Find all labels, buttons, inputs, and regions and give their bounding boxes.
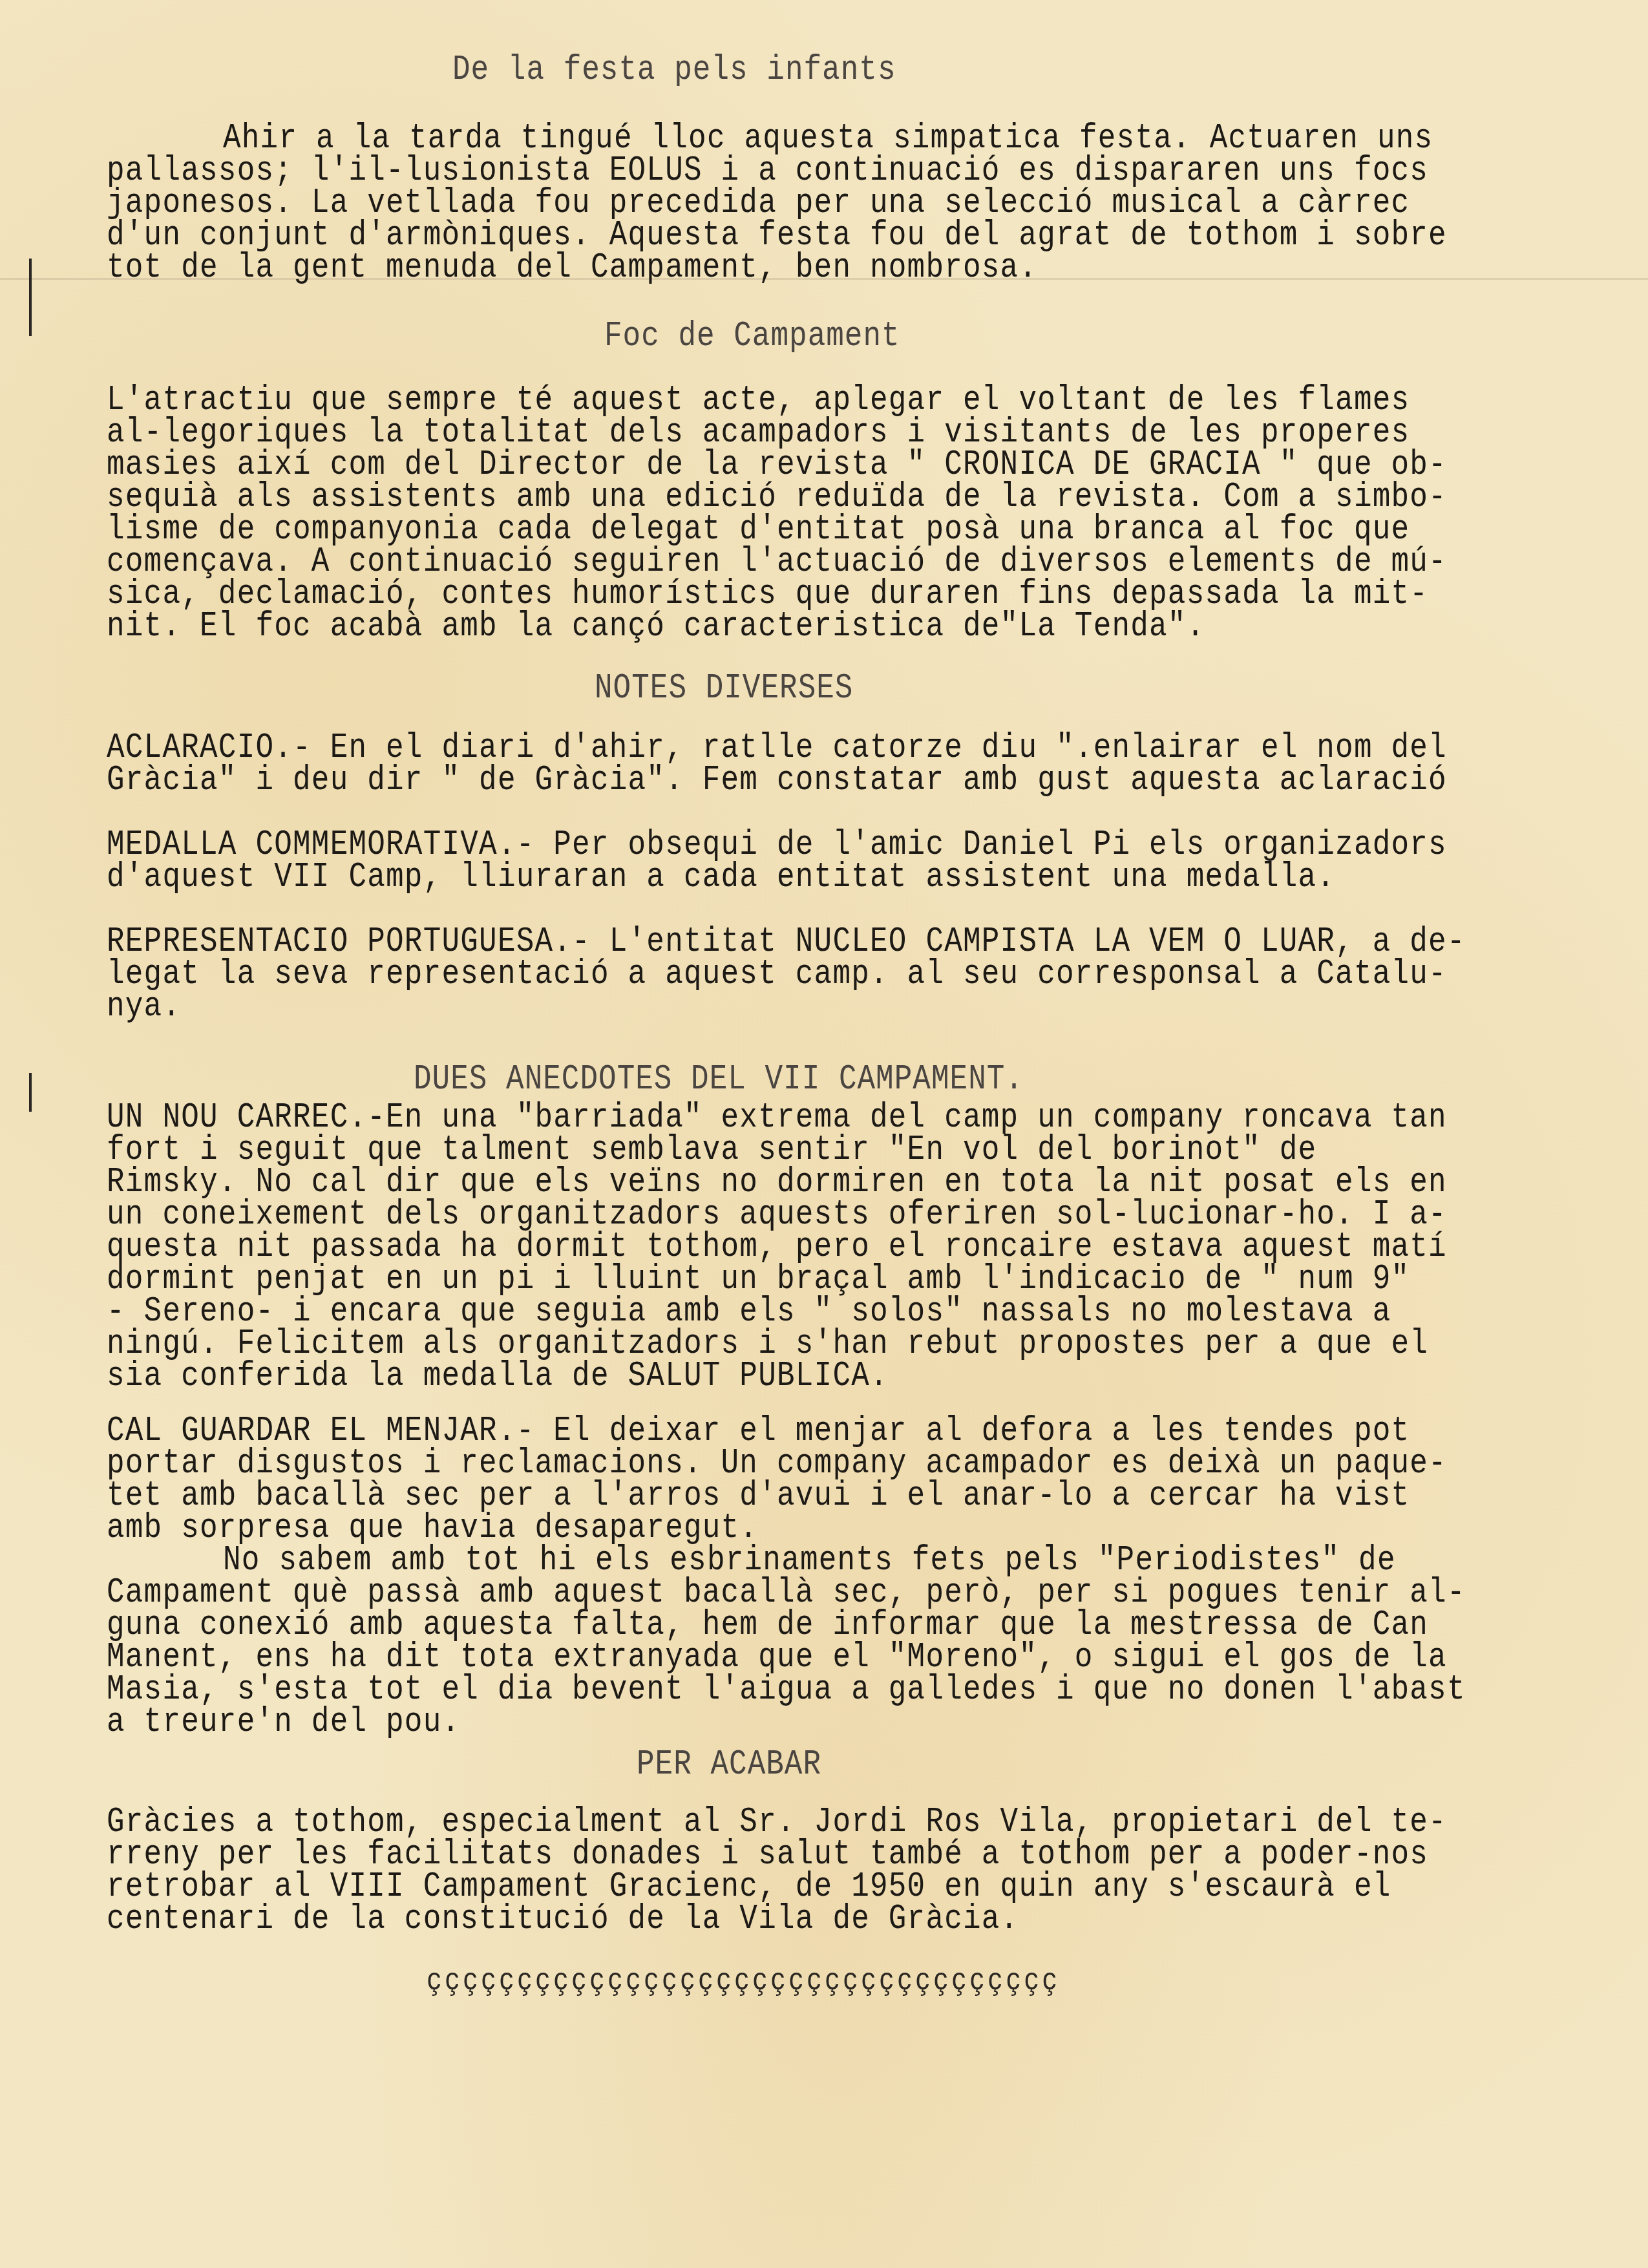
text-line: tot de la gent menuda del Campament, ben… xyxy=(107,249,1503,286)
text-line: Gràcia" i deu dir " de Gràcia". Fem cons… xyxy=(107,761,1503,799)
margin-mark xyxy=(29,259,32,336)
text-line: a treure'n del pou. xyxy=(107,1703,1503,1741)
note-medalla-commemorativa: MEDALLA COMMEMORATIVA.- Per obsequi de l… xyxy=(107,826,1503,891)
section-heading-notes-diverses: NOTES DIVERSES xyxy=(595,669,853,708)
note-aclaracio: ACLARACIO.- En el diari d'ahir, ratlle c… xyxy=(107,729,1503,794)
closing-separator-marks: ççççççççççççççççççççççççççççççççççç xyxy=(427,1965,1060,2000)
text-line: legat la seva representació a aquest cam… xyxy=(107,955,1503,993)
text-line: d'aquest VII Camp, lliuraran a cada enti… xyxy=(107,858,1503,896)
section-heading-festa-infants: De la festa pels infants xyxy=(452,50,896,89)
paragraph-festa-infants: Ahir a la tarda tingué lloc aquesta simp… xyxy=(107,120,1503,281)
section-heading-dues-anecdotes: DUES ANECDOTES DEL VII CAMPAMENT. xyxy=(414,1060,1024,1099)
anecdote-bacalla-followup: No sabem amb tot hi els esbrinaments fet… xyxy=(107,1542,1503,1735)
anecdote-nou-carrec: UN NOU CARREC.-En una "barriada" extrema… xyxy=(107,1099,1503,1390)
paragraph-foc-campament: L'atractiu que sempre té aquest acte, ap… xyxy=(107,381,1503,640)
text-line: nya. xyxy=(107,988,1503,1025)
section-heading-per-acabar: PER ACABAR xyxy=(637,1745,821,1784)
margin-mark xyxy=(29,1073,32,1112)
note-representacio-portuguesa: REPRESENTACIO PORTUGUESA.- L'entitat NUC… xyxy=(107,923,1503,1020)
typewritten-page: De la festa pels infants Ahir a la tarda… xyxy=(0,0,1648,2268)
paragraph-per-acabar: Gràcies a tothom, especialment al Sr. Jo… xyxy=(107,1803,1503,1933)
anecdote-cal-guardar-menjar: CAL GUARDAR EL MENJAR.- El deixar el men… xyxy=(107,1412,1503,1542)
text-line: centenari de la constitució de la Vila d… xyxy=(107,1900,1503,1938)
section-heading-foc-campament: Foc de Campament xyxy=(604,317,900,355)
text-line: sia conferida la medalla de SALUT PUBLIC… xyxy=(107,1357,1503,1395)
text-line: nit. El foc acabà amb la cançó caracteri… xyxy=(107,608,1503,645)
